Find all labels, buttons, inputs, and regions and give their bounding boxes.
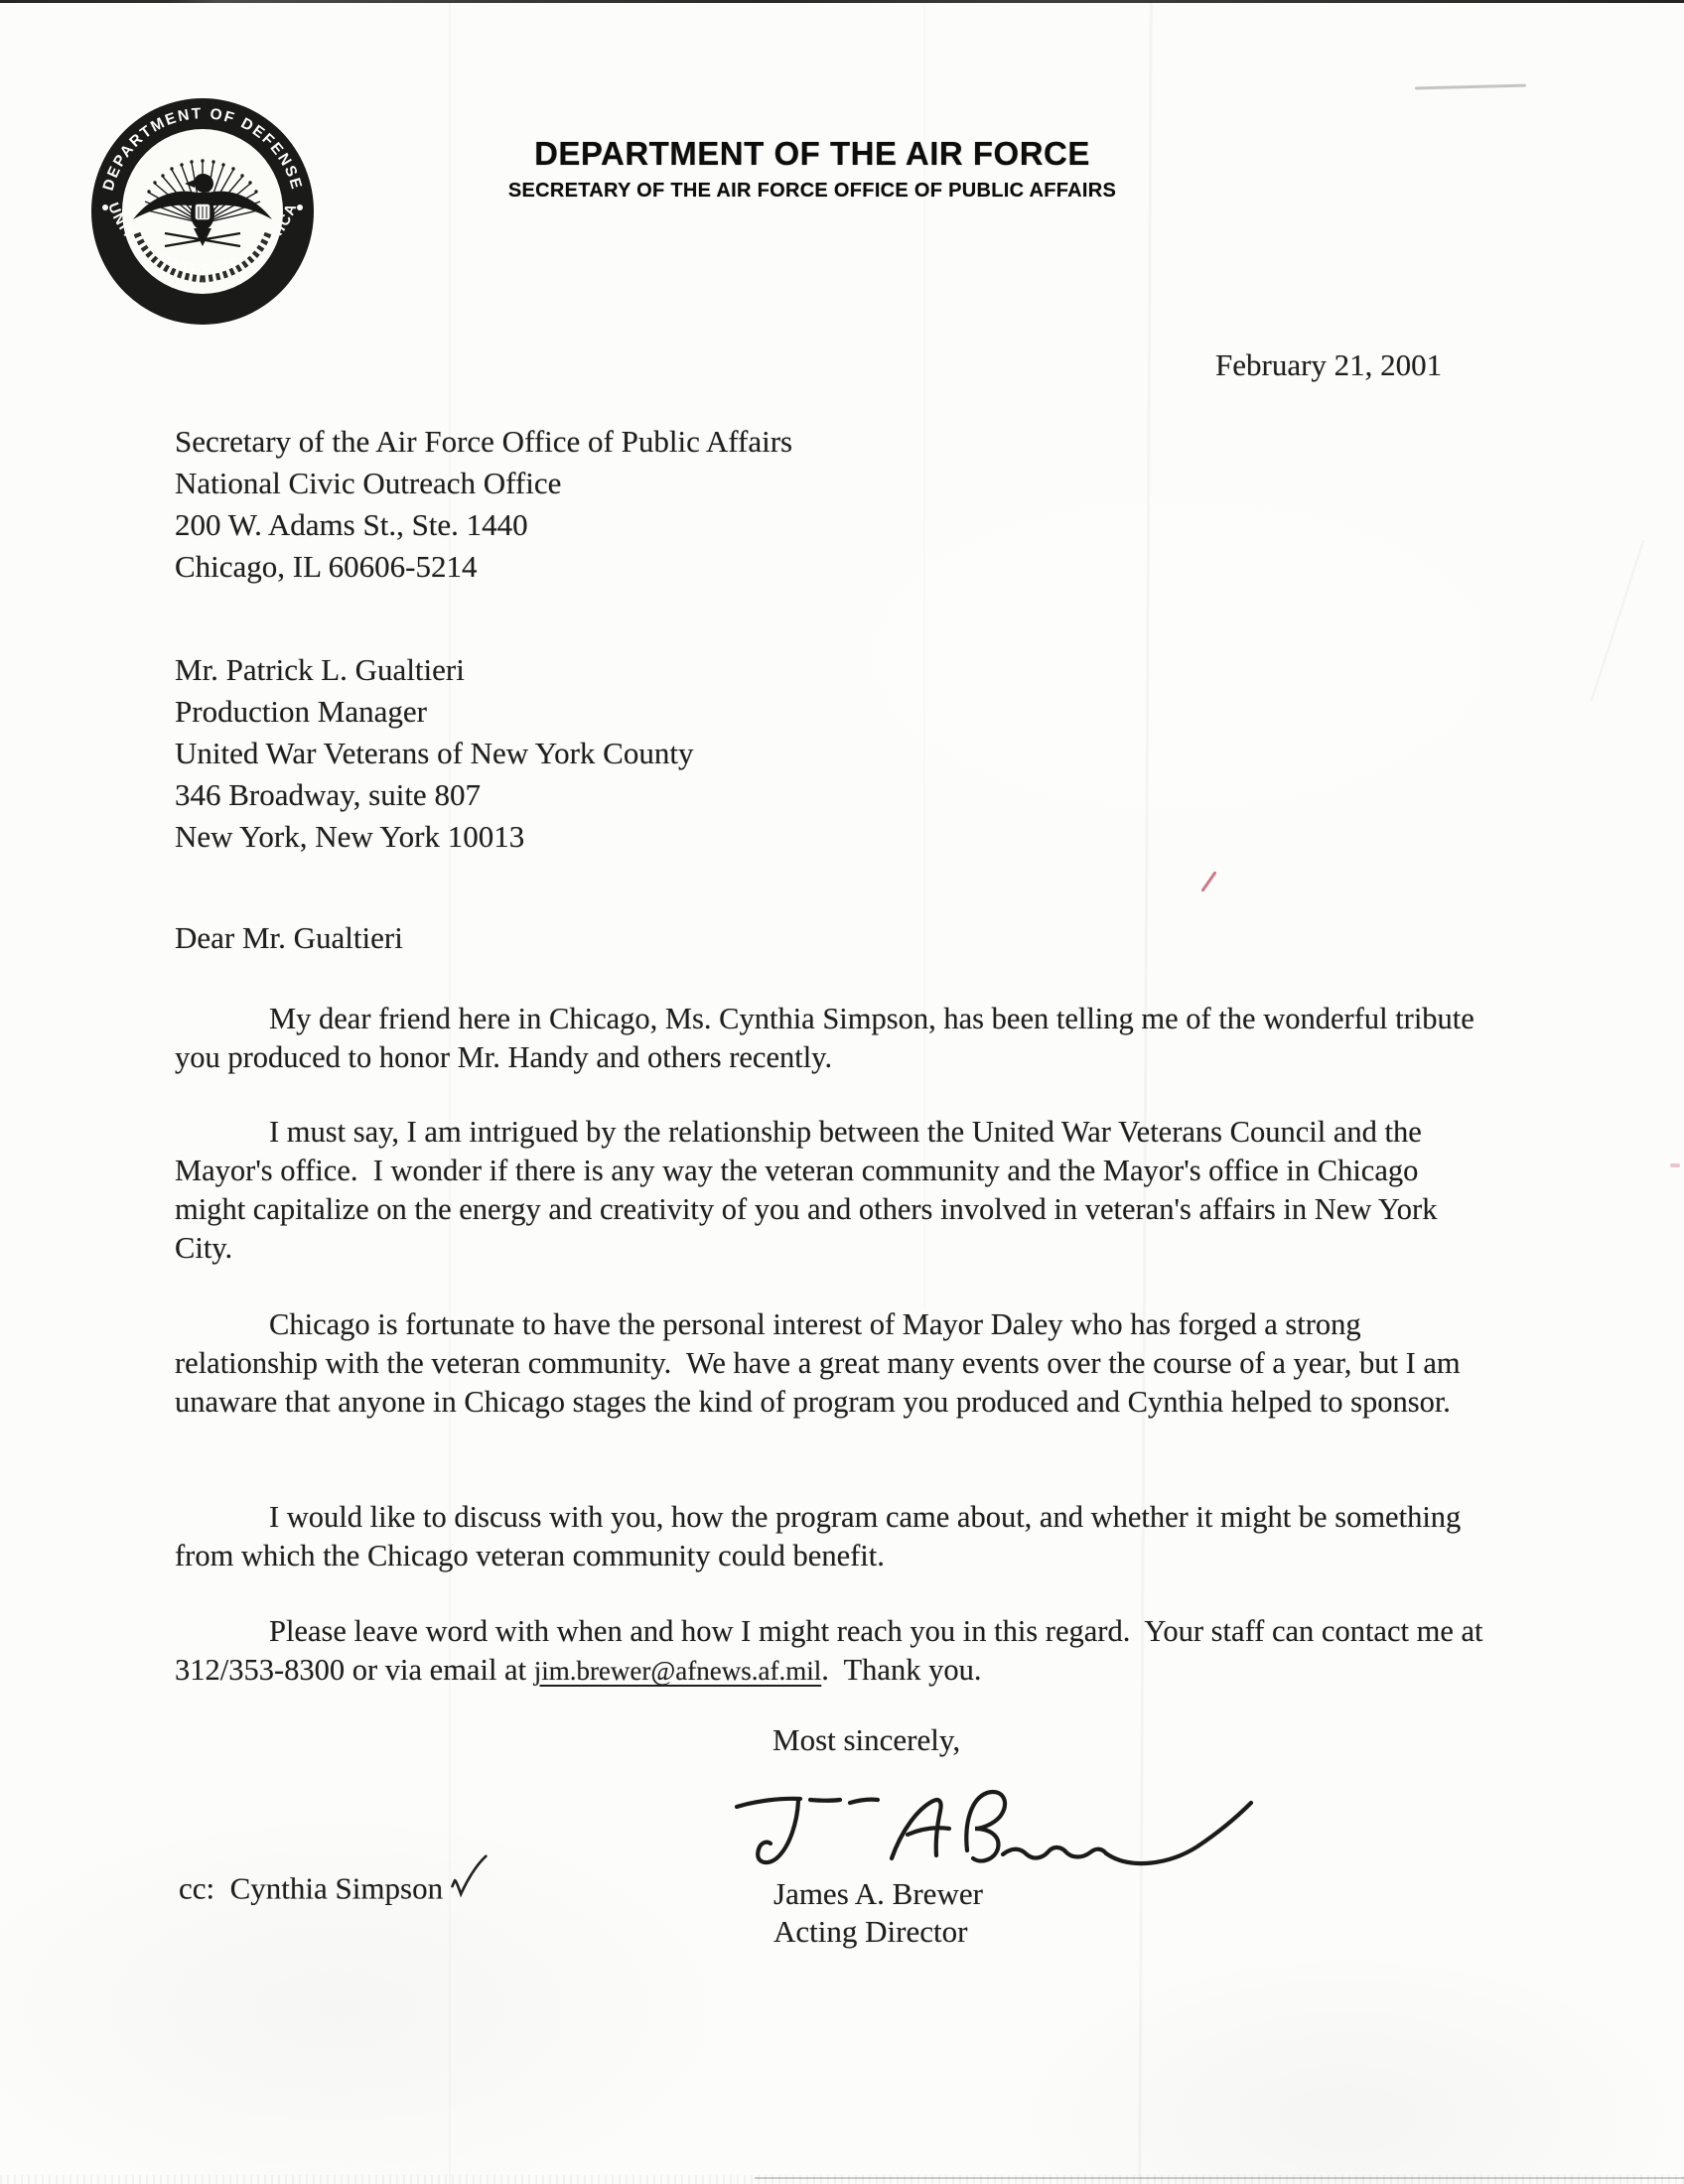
checkmark-icon bbox=[449, 1853, 489, 1910]
handwritten-signature bbox=[723, 1759, 1259, 1883]
email-address: jim.brewer@afnews.af.mil bbox=[534, 1656, 822, 1686]
cc-text: cc: Cynthia Simpson bbox=[179, 1871, 443, 1906]
sender-address-block: Secretary of the Air Force Office of Pub… bbox=[175, 421, 792, 588]
signer-title: Acting Director bbox=[773, 1913, 983, 1951]
sender-address-line: National Civic Outreach Office bbox=[175, 463, 792, 504]
recipient-address-line: Mr. Patrick L. Gualtieri bbox=[175, 649, 693, 691]
paper-fold-mark bbox=[1591, 540, 1644, 701]
paragraph: I would like to discuss with you, how th… bbox=[175, 1498, 1495, 1575]
recipient-address-line: Production Manager bbox=[175, 691, 693, 733]
contact-text-after-email: . Thank you. bbox=[821, 1653, 981, 1687]
scanned-letter-page: DEPARTMENT OF DEFENSE UNITED STATES OF A… bbox=[0, 0, 1684, 2184]
sender-address-line: Secretary of the Air Force Office of Pub… bbox=[175, 421, 792, 463]
closing-phrase: Most sincerely, bbox=[772, 1722, 960, 1758]
contact-paragraph: Please leave word with when and how I mi… bbox=[175, 1612, 1495, 1691]
scan-scratch-artifact bbox=[1415, 84, 1526, 90]
sender-address-line: 200 W. Adams St., Ste. 1440 bbox=[175, 504, 792, 546]
cc-line: cc: Cynthia Simpson bbox=[179, 1863, 489, 1920]
scan-bottom-fuzz-artifact bbox=[0, 2175, 1684, 2184]
recipient-address-line: New York, New York 10013 bbox=[175, 816, 693, 858]
letterhead-title: DEPARTMENT OF THE AIR FORCE bbox=[397, 137, 1227, 171]
recipient-address-line: 346 Broadway, suite 807 bbox=[175, 774, 693, 816]
signer-block: James A. Brewer Acting Director bbox=[773, 1875, 983, 1951]
recipient-address-line: United War Veterans of New York County bbox=[175, 733, 693, 774]
scan-pink-mark bbox=[1670, 1163, 1680, 1167]
scan-red-pen-mark bbox=[1200, 871, 1216, 891]
letterhead-subtitle: SECRETARY OF THE AIR FORCE OFFICE OF PUB… bbox=[397, 180, 1227, 203]
scan-top-edge-artifact bbox=[0, 0, 1684, 3]
department-of-defense-seal-icon: DEPARTMENT OF DEFENSE UNITED STATES OF A… bbox=[89, 96, 316, 327]
letter-date: February 21, 2001 bbox=[1215, 347, 1442, 383]
paragraph: My dear friend here in Chicago, Ms. Cynt… bbox=[175, 1000, 1495, 1077]
sender-address-line: Chicago, IL 60606-5214 bbox=[175, 546, 792, 588]
recipient-address-block: Mr. Patrick L. Gualtieri Production Mana… bbox=[175, 649, 693, 858]
paragraph: I must say, I am intrigued by the relati… bbox=[175, 1113, 1495, 1268]
salutation: Dear Mr. Gualtieri bbox=[175, 920, 403, 956]
signer-name: James A. Brewer bbox=[773, 1875, 983, 1913]
paragraph: Chicago is fortunate to have the persona… bbox=[175, 1305, 1495, 1422]
